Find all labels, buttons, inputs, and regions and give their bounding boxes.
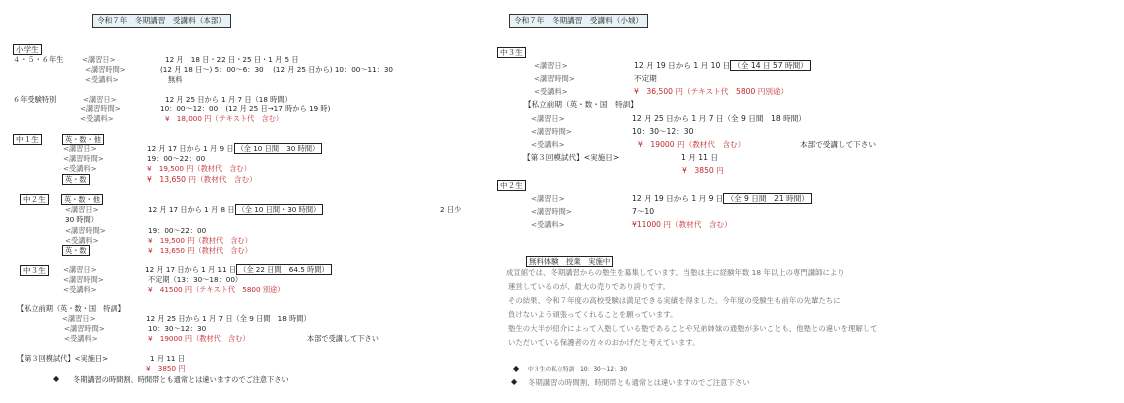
elementary-time-label: <講習時間> [85, 65, 126, 74]
jh3-dates: 12 月 17 日から 1 月 11 日（全 22 日間 64.5 時間） [145, 265, 332, 274]
right-jh3-time: 不定期 [634, 74, 657, 83]
left-notice: 冬期講習の時間割、時間帯とも通常とは違いますのでご注意下さい [73, 375, 289, 384]
right-mock-date: 1 月 11 日 [681, 153, 718, 162]
jh3-fee: ¥ 41500 円（テキスト代 5800 別途） [148, 285, 284, 294]
right-private-note: 本部で受講して下さい [800, 140, 876, 149]
right-private-dates: 12 月 25 日から 1 月 7 日（全 9 日間 18 時間） [632, 114, 806, 123]
jh1-dates-total-box: （全 10 日間 30 時間） [234, 143, 323, 154]
right-private-time-label: <講習時間> [531, 127, 572, 136]
sixth-exam-dates-label: <講習日> [83, 95, 117, 104]
right-jh2-heading: 中２生 [497, 180, 526, 191]
sixth-exam-heading: ６年受験特別 [13, 95, 56, 104]
free-trial-line-2: 運営しているのが、最大の売りであり誇りです。 [508, 282, 670, 291]
right-jh3-heading: 中３生 [497, 47, 526, 58]
left-mock-fee: ¥ 3850 円 [146, 364, 186, 373]
jh1-fee-label: <受講料> [63, 164, 97, 173]
right-private-fee: ¥ 19000 円（教材代 含む） [638, 140, 745, 149]
jh1-fee-two: ¥ 13,650 円（教材代 含む） [147, 175, 257, 184]
left-private-time-label: <講習時間> [64, 324, 105, 333]
right-jh2-dates-total-box: （全 9 日間 21 時間） [723, 193, 812, 204]
right-jh3-dates-label: <講習日> [534, 61, 568, 70]
diamond-bullet-icon: ◆ [511, 377, 517, 386]
right-private-heading: 【私立前期（英・数・国 特訓】 [524, 100, 638, 109]
free-trial-line-3: その結果、令和７年度の高校受験は満足できる実績を得ました。今年度の受験生も前年の… [508, 296, 841, 305]
right-private-time: 10：30～12：30 [632, 127, 693, 136]
elementary-dates-label: <講習日> [82, 55, 116, 64]
right-jh2-fee-label: <受講料> [531, 220, 565, 229]
jh2-heading: 中２生 [20, 194, 49, 205]
left-private-time: 10：30～12：30 [148, 324, 206, 333]
left-private-dates-label: <講習日> [62, 314, 96, 323]
jh1-time: 19：00～22：00 [147, 154, 205, 163]
right-jh3-dates: 12 月 19 日から 1 月 10 日（全 14 日 57 時間） [634, 61, 811, 70]
jh3-time: 不定期（13：30～18：00） [148, 275, 242, 284]
jh2-subjects-all: 英・数・他 [61, 194, 103, 205]
jh1-heading: 中１生 [13, 134, 42, 145]
right-mock-fee: ¥ 3850 円 [682, 166, 724, 175]
jh2-dates: 12 月 17 日から 1 月 8 日（全 10 日間・30 時間） [148, 205, 323, 214]
left-private-note: 本部で受講して下さい [307, 334, 379, 343]
right-jh3-fee-label: <受講料> [534, 87, 568, 96]
free-trial-line-4: 負けないよう頑張ってくれることを願っています。 [508, 310, 677, 319]
left-mock-date: 1 月 11 日 [150, 354, 185, 363]
jh1-subjects-two: 英・数 [62, 174, 90, 185]
jh1-dates: 12 月 17 日から 1 月 9 日（全 10 日間 30 時間） [147, 144, 322, 153]
right-title: 令和７年 冬期講習 受講料（小城） [509, 14, 648, 28]
diamond-bullet-icon: ◆ [513, 364, 519, 373]
jh2-time-label: <講習時間> [65, 226, 106, 235]
jh1-fee: ¥ 19,500 円（教材代 含む） [147, 164, 251, 173]
right-private-fee-label: <受講料> [531, 140, 565, 149]
jh2-subjects-two: 英・数 [62, 245, 90, 256]
right-jh3-dates-total-box: （全 14 日 57 時間） [730, 60, 811, 71]
elementary-dates: 12 月 18 日・22 日・25 日・1 月 5 日 [165, 55, 299, 64]
right-jh2-dates: 12 月 19 日から 1 月 9 日（全 9 日間 21 時間） [632, 194, 812, 203]
jh2-dates-wrap: 30 時間） [65, 215, 98, 224]
jh2-fee-label: <受講料> [65, 236, 99, 245]
right-jh2-fee: ¥11000 円（教材代 含む） [632, 220, 732, 229]
sixth-exam-time: 10：00～12：00 (12 月 25 日→17 時から 19 時) [160, 104, 330, 113]
left-private-fee-label: <受講料> [64, 334, 98, 343]
jh3-fee-label: <受講料> [63, 285, 97, 294]
right-mock-heading: 【第３回模試代】<実施日> [523, 153, 619, 162]
jh1-time-label: <講習時間> [63, 154, 104, 163]
free-trial-line-5: 塾生の大半が紹介によって入塾している塾であることや兄弟姉妹の通塾が多いことも、他… [508, 324, 878, 333]
left-private-dates: 12 月 25 日から 1 月 7 日（全 9 日間 18 時間） [146, 314, 311, 323]
right-bullet-2: 冬期講習の時間割、時間帯とも通常とは違いますのでご注意下さい [528, 378, 750, 387]
left-mock-heading: 【第３回模試代】<実施日> [17, 354, 108, 363]
sixth-exam-time-label: <講習時間> [80, 104, 121, 113]
free-trial-line-1: 成宣館では、冬期講習からの塾生を募集しています。当塾は主に経験年数 18 年以上… [506, 268, 845, 277]
elementary-fee: 無料 [168, 75, 182, 84]
elementary-grades: ４・５・６年生 [13, 55, 63, 64]
jh2-fee-two: ¥ 13,650 円（教材代 含む） [148, 246, 252, 255]
jh2-time: 19：00～22：00 [148, 226, 206, 235]
left-private-heading: 【私立前期（英・数・国 特訓】 [17, 304, 125, 313]
free-trial-line-6: いただいている保護者の方々のおかげだと考えています。 [508, 338, 700, 347]
sixth-exam-fee-label: <受講料> [80, 114, 114, 123]
right-private-dates-label: <講習日> [531, 114, 565, 123]
sixth-exam-dates: 12 月 25 日から 1 月 7 日（18 時間） [165, 95, 292, 104]
jh3-dates-label: <講習日> [63, 265, 97, 274]
right-jh2-time-label: <講習時間> [531, 207, 572, 216]
left-title: 令和７年 冬期講習 受講料（本部） [92, 14, 231, 28]
jh2-fee: ¥ 19,500 円（教材代 含む） [148, 236, 252, 245]
jh2-dates-total-box: （全 10 日間・30 時間） [235, 204, 324, 215]
jh2-dates-label: <講習日> [65, 205, 99, 214]
elementary-heading: 小学生 [13, 44, 42, 55]
right-jh2-time: 7～10 [632, 207, 654, 216]
right-jh3-time-label: <講習時間> [534, 74, 575, 83]
elementary-time: (12 月 18 日～) 5：00～6：30 (12 月 25 日から) 10：… [160, 65, 393, 74]
left-private-fee: ¥ 19000 円（教材代 含む） [148, 334, 250, 343]
elementary-fee-label: <受講料> [85, 75, 119, 84]
right-jh3-fee: ¥ 36,500 円（テキスト代 5800 円別途） [634, 87, 788, 96]
jh1-dates-label: <講習日> [63, 144, 97, 153]
jh2-side-note: 2 日少 [440, 205, 461, 214]
jh3-time-label: <講習時間> [63, 275, 104, 284]
free-trial-heading: 無料体験 授業 実施中 [526, 256, 613, 267]
right-jh2-dates-label: <講習日> [531, 194, 565, 203]
jh3-heading: 中３生 [20, 265, 49, 276]
diamond-bullet-icon: ◆ [53, 374, 59, 383]
jh3-dates-total-box: （全 22 日間 64.5 時間） [236, 264, 332, 275]
right-bullet-1: 中３生の私立特訓 10：30～12：30 [528, 366, 627, 375]
sixth-exam-fee: ¥ 18,000 円（テキスト代 含む） [165, 114, 283, 123]
